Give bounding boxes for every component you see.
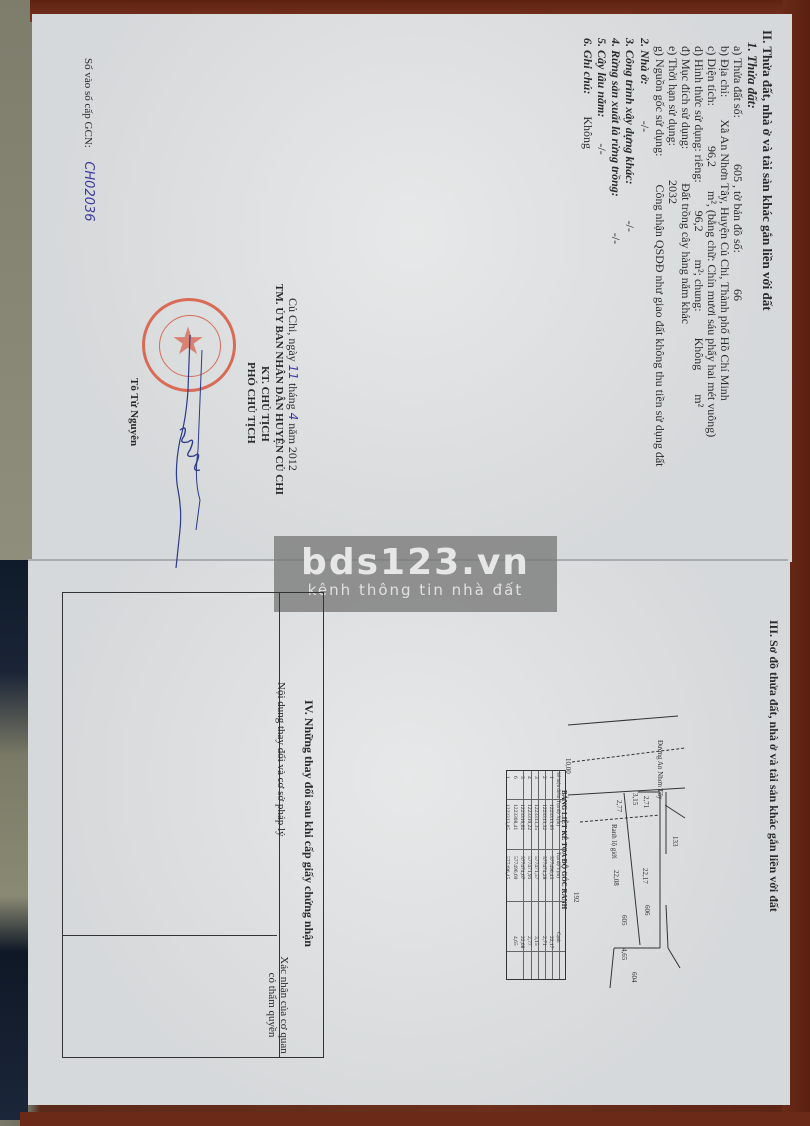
coord-cell: 577474,67: [519, 856, 525, 879]
coord-cell: 1223308,41: [512, 804, 518, 830]
coord-cell: 6: [512, 776, 518, 779]
watermark-brand: bds123.vn: [274, 542, 557, 583]
year-label: năm 2012: [286, 423, 300, 471]
map-sheet-label: , tờ bản đồ số:: [731, 185, 745, 253]
parcel-row: a) Thửa đất số: 605 , tờ bản đồ số: 66: [730, 46, 745, 301]
coord-cell: 3,15: [533, 936, 539, 946]
parcel-605-label: 605: [620, 915, 628, 926]
notes-row: 6. Ghi chú: Không: [580, 38, 595, 149]
section-ii-title: II. Thửa đất, nhà ở và tài sản khác gắn …: [759, 30, 775, 311]
usage-common-value: Không: [692, 338, 706, 371]
house-value: -/-: [638, 121, 652, 132]
term-label: e) Thời hạn sử dụng:: [666, 46, 680, 146]
coord-cell: 1: [548, 776, 554, 779]
col-confirm-header: Xác nhận của cơ quan có thẩm quyền: [266, 950, 290, 1060]
usage-common-unit: m²: [692, 394, 706, 407]
registry-number: CH02036: [81, 161, 96, 221]
map-sheet-number: 66: [731, 289, 745, 301]
coord-header: Số hiệu điểm: [555, 772, 560, 798]
background-fabric: [0, 560, 28, 1120]
wooden-table-edge: [20, 1112, 810, 1126]
usage-private-value: 96,2: [692, 211, 706, 232]
coord-cell: 4: [526, 776, 532, 779]
perennial-value: -/-: [595, 143, 609, 154]
edge-label: 4,65: [620, 948, 628, 961]
month-label: tháng: [286, 383, 300, 410]
coord-cell: 4,65: [512, 936, 518, 946]
coord-cell: 3: [533, 776, 539, 779]
perennial-label: 5. Cây lâu năm:: [595, 38, 609, 117]
coord-cell: 1223313,32: [541, 804, 547, 830]
registry-row: Số vào sổ cấp GCN: CH02036: [81, 58, 96, 222]
coord-cell: 5: [519, 776, 525, 779]
coord-cell: 2,71: [541, 936, 547, 946]
address-value: Xã An Nhơn Tây, Huyện Củ Chi, Thành phố …: [718, 119, 732, 400]
other-construction-value: -/-: [623, 221, 637, 232]
coord-header: Tọa độ X(m): [555, 800, 560, 826]
coord-cell: 2,77: [526, 936, 532, 946]
coord-header: Tọa độ Y(m): [555, 852, 560, 878]
coord-cell: 1223313,35: [533, 804, 539, 830]
edge-label: 22,08: [612, 870, 620, 886]
coord-cell: 1223313,05: [504, 804, 510, 830]
term-value: 2032: [666, 180, 680, 204]
background-cloth: [0, 0, 32, 560]
area-words: (bằng chữ: Chín mươi sáu phẩy hai mét vu…: [705, 210, 719, 437]
boundary-label: Ranh lộ giới: [610, 824, 618, 859]
term-row: e) Thời hạn sử dụng: 2032: [665, 46, 680, 204]
parcel-diagram: 10,00 Đường An Nhơn Tây Ranh lộ giới 133…: [560, 700, 790, 1000]
issue-month: 4: [286, 413, 300, 421]
coord-cell: 22,08: [519, 936, 525, 948]
perennial-row: 5. Cây lâu năm: -/-: [594, 38, 609, 155]
house-row: 2. Nhà ở: -/-: [637, 38, 652, 132]
parcel-604-label: 604: [630, 972, 638, 983]
usage-form-row: d) Hình thức sử dụng: riêng: 96,2 m²; ch…: [691, 46, 706, 407]
coord-cell: 2: [541, 776, 547, 779]
parcel-133-label: 133: [671, 836, 679, 847]
parcel-606-label: 606: [643, 905, 651, 916]
purpose-value: Đất trồng cây hàng năm khác: [679, 183, 693, 324]
house-label: 2. Nhà ở:: [638, 38, 652, 85]
road-name-label: Đường An Nhơn Tây: [656, 740, 664, 800]
registry-label: Số vào sổ cấp GCN:: [82, 58, 94, 148]
coord-cell: 577496,45: [504, 856, 510, 879]
edge-label: 22,17: [641, 868, 649, 884]
issue-day: 11: [286, 365, 300, 380]
signature: [150, 330, 220, 570]
coord-cell: 1: [504, 776, 510, 779]
other-construction-label: 3. Công trình xây dựng khác:: [623, 38, 637, 185]
coord-cell: 577496,45: [548, 856, 554, 879]
parcel-192-label: 192: [572, 892, 580, 903]
signer-name: Tô Từ Nguyên: [128, 378, 140, 446]
col-content-header: Nội dung thay đổi và cơ sở pháp lý: [275, 682, 287, 837]
place-date-prefix: Củ Chi, ngày: [286, 298, 300, 362]
origin-value: Công nhận QSDĐ như giao đất không thu ti…: [653, 185, 667, 467]
origin-row: g) Nguồn gốc sử dụng: Công nhận QSDĐ như…: [652, 46, 667, 467]
coord-cell: 577471,91: [526, 856, 532, 879]
on-behalf: KT. CHỦ TỊCH: [259, 366, 271, 442]
coord-cell: 577471,57: [533, 856, 539, 879]
address-label: b) Địa chỉ:: [718, 46, 732, 97]
area-value: 96,2: [705, 146, 719, 167]
coord-cell: 1223310,02: [519, 804, 525, 830]
notes-label: 6. Ghi chú:: [581, 38, 595, 94]
planted-forest-label: 4. Rừng sản xuất là rừng trồng:: [609, 38, 623, 197]
planted-forest-row: 4. Rừng sản xuất là rừng trồng: -/-: [608, 38, 623, 244]
planted-forest-value: -/-: [609, 233, 623, 244]
issuing-org: TM. ỦY BAN NHÂN DÂN HUYỆN CỦ CHI: [273, 284, 285, 495]
parcel-label: a) Thửa đất số:: [731, 46, 745, 118]
coord-cell: 577474,28: [541, 856, 547, 879]
area-row: c) Diện tích: 96,2 m², (bằng chữ: Chín m…: [704, 46, 719, 437]
area-label: c) Diện tích:: [705, 46, 719, 106]
purpose-row: đ) Mục đích sử dụng: Đất trồng cây hàng …: [678, 46, 693, 324]
area-unit: m²,: [705, 191, 719, 207]
coord-cell: 1223313,05: [548, 804, 554, 830]
edge-label: 2,77: [615, 800, 623, 813]
coord-header: Cạnh: [555, 932, 560, 943]
origin-label: g) Nguồn gốc sử dụng:: [653, 46, 667, 157]
coord-cell: 22,17: [548, 936, 554, 948]
address-row: b) Địa chỉ: Xã An Nhơn Tây, Huyện Củ Chi…: [717, 46, 732, 401]
signer-position: PHÓ CHỦ TỊCH: [245, 362, 257, 444]
edge-label: 2,71: [642, 796, 650, 809]
purpose-label: đ) Mục đích sử dụng:: [679, 46, 693, 149]
other-construction-row: 3. Công trình xây dựng khác: -/-: [622, 38, 637, 232]
edge-label: 3,15: [631, 793, 639, 806]
usage-common-label: m²; chung:: [692, 260, 706, 312]
place-date: Củ Chi, ngày 11 tháng 4 năm 2012: [285, 298, 300, 471]
land-heading: 1. Thửa đất:: [744, 42, 760, 109]
notes-value: Không: [581, 116, 595, 149]
coord-cell: 1223310,22: [526, 804, 532, 830]
parcel-number: 605: [731, 164, 745, 182]
usage-form-label: d) Hình thức sử dụng: riêng:: [692, 46, 706, 183]
coord-cell: 577496,69: [512, 856, 518, 879]
